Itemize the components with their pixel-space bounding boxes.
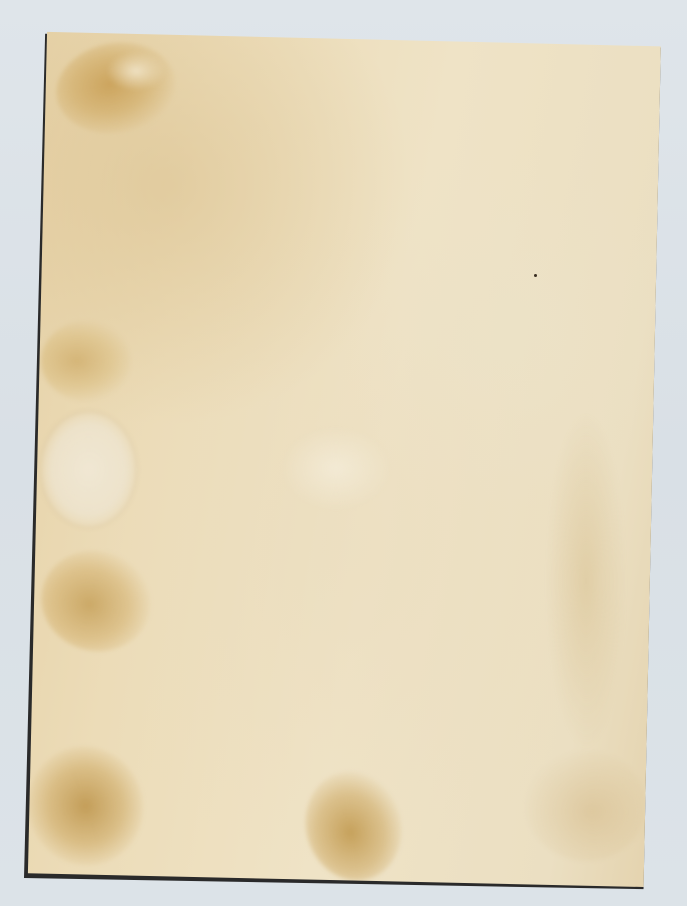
left-oval-light-patch [40, 411, 137, 528]
scan-background [0, 0, 687, 906]
left-upper-stain [41, 321, 131, 401]
bottom-right-stain [526, 751, 646, 861]
dust-speck [534, 274, 537, 277]
aged-photo-card [26, 31, 664, 887]
top-left-stain [49, 33, 183, 142]
bottom-left-stain [11, 730, 160, 882]
right-edge-stain [546, 411, 626, 751]
left-lower-stain [30, 538, 162, 663]
top-left-light-patch [106, 51, 166, 91]
bottom-center-stain [293, 761, 413, 892]
center-light-patch [281, 426, 391, 511]
